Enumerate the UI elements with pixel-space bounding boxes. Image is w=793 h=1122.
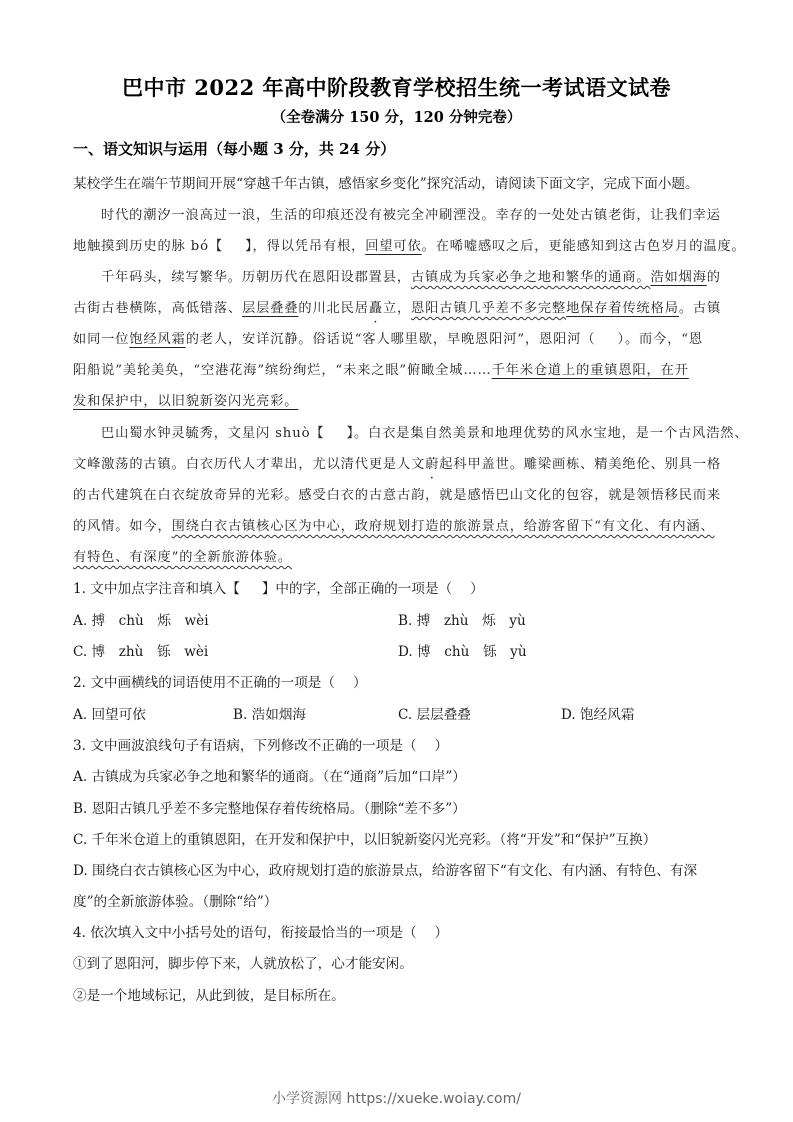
question-3-option-b: B. 恩阳古镇几乎差不多完整地保存着传统格局。（删除“差不多”） — [73, 797, 466, 817]
passage-p3-line3: 的古代建筑在白衣绽放奇异的光彩。感受白衣的古意古韵，就是感悟巴山文化的包容，就是… — [73, 484, 723, 503]
text-segment: 1. 文中加点字注音和填入【 — [73, 581, 240, 597]
intro-text: 某校学生在端午节期间开展“穿越千年古镇，感悟家乡变化”探究活动，请阅读下面文字，… — [73, 172, 723, 192]
underlined-phrase: 地保存着传统格局 — [566, 301, 679, 316]
question-3-option-d-cont: 度”的全新旅游体验。（删除“给”） — [73, 890, 277, 910]
question-3-option-c: C. 千年米仓道上的重镇恩阳，在开发和保护中，以旧貌新姿闪光亮彩。（将“开发”和… — [73, 828, 656, 848]
question-1-stem: 1. 文中加点字注音和填入【】中的字，全部正确的一项是（） — [73, 577, 723, 597]
underlined-sentence: 发和保护中，以旧貌新姿闪光亮彩。 — [73, 394, 298, 409]
question-2-option-a: A. 回望可依 — [73, 703, 146, 723]
passage-p1-line2: 地触摸到历史的脉 bó【】，得以凭吊有根，回望可依。在唏嘘感叹之后，更能感知到这… — [73, 235, 723, 254]
text-segment: ） — [435, 738, 449, 754]
text-segment: 。在唏嘘感叹之后，更能感知到这古色岁月的温度。 — [422, 239, 746, 254]
text-segment: 的老人，安详沉静。俗话说“客人哪里歇，早晚恩阳河”，恩阳河（ — [186, 332, 596, 347]
question-1-option-d: D. 博 chù 铄 yù — [398, 640, 527, 660]
text-segment: 4. 依次填入文中小括号处的语句，衔接最恰当的一项是（ — [73, 925, 417, 941]
question-2-option-b: B. 浩如烟海 — [233, 703, 306, 723]
dotted-character: 矗 — [369, 301, 383, 316]
exam-page: 巴中市 2022 年高中阶段教育学校招生统一考试语文试卷 （全卷满分 150 分… — [0, 0, 793, 1122]
text-segment: 】，得以凭吊有根， — [245, 239, 365, 254]
text-segment: ） — [353, 675, 367, 691]
passage-p2-line2: 古街古巷横陈，高低错落、层层叠叠的川北民居矗立，恩阳古镇几乎差不多完整地保存着传… — [73, 297, 723, 316]
text-segment: 起科甲盖世。雕梁画栋、精美绝伦、别具一格 — [439, 457, 721, 472]
underlined-phrase: 浩如烟海 — [650, 270, 706, 285]
section-heading: 一、语文知识与运用（每小题 3 分，共 24 分） — [73, 138, 395, 159]
passage-p3-line1: 巴山蜀水钟灵毓秀，文星闪 shuò【】。白衣是集自然美景和地理优势的风水宝地，是… — [101, 422, 751, 441]
question-3-stem: 3. 文中画波浪线句子有语病，下列修改不正确的一项是（） — [73, 734, 723, 754]
passage-p3-line5: 有特色、有深度”的全新旅游体验。 — [73, 546, 723, 565]
passage-p1-line1: 时代的潮汐一浪高过一浪，生活的印痕还没有被完全冲刷湮没。幸存的一处处古镇老街，让… — [101, 204, 751, 223]
question-1-option-b: B. 搏 zhù 烁 yù — [398, 609, 526, 629]
underlined-phrase: 回望可依 — [365, 239, 421, 254]
text-segment: 地触摸到历史的脉 bó【 — [73, 239, 223, 254]
passage-p2-line5: 发和保护中，以旧貌新姿闪光亮彩。 — [73, 390, 723, 409]
wavy-underlined-sentence: 古镇成为兵家必争之地和繁华的通商。 — [411, 270, 651, 285]
question-2-stem: 2. 文中画横线的词语使用不正确的一项是（） — [73, 671, 723, 691]
text-segment: 文峰激荡的古镇。白衣历代人才辈出，尤以清代更是人文 — [73, 457, 425, 472]
passage-p2-line1: 千年码头，续写繁华。历朝历代在恩阳设郡置县，古镇成为兵家必争之地和繁华的通商。浩… — [101, 266, 751, 285]
question-1-option-c: C. 博 zhù 铄 wèi — [73, 640, 208, 660]
question-4-stem: 4. 依次填入文中小括号处的语句，衔接最恰当的一项是（） — [73, 921, 723, 941]
question-3-option-d: D. 围绕白衣古镇核心区为中心，政府规划打造的旅游景点，给游客留下“有文化、有内… — [73, 859, 697, 879]
text-segment: 的 — [707, 270, 721, 285]
question-4-item-1: ①到了恩阳河，脚步停下来，人就放松了，心才能安闲。 — [73, 952, 413, 972]
question-3-option-a: A. 古镇成为兵家必争之地和繁华的通商。（在“通商”后加“口岸”） — [73, 765, 466, 785]
text-segment: 阳船说”美轮美奂，“空港花海”缤纷绚烂，“未来之眼”俯瞰全城…… — [73, 363, 492, 378]
dotted-character: 蔚 — [425, 457, 439, 472]
question-2-option-d: D. 饱经风霜 — [561, 703, 634, 723]
exam-subtitle: （全卷满分 150 分，120 分钟完卷） — [0, 106, 793, 127]
question-1-option-a: A. 搏 chù 烁 wèi — [73, 609, 209, 629]
text-segment: 巴山蜀水钟灵毓秀，文星闪 shuò【 — [101, 426, 325, 441]
underlined-sentence: 千年米仓道上的重镇恩阳，在开 — [492, 363, 689, 378]
text-segment: 。古镇 — [679, 301, 721, 316]
underlined-phrase: 饱经风霜 — [129, 332, 185, 347]
text-segment: 古街古巷横陈，高低错落、 — [73, 301, 242, 316]
question-2-option-c: C. 层层叠叠 — [398, 703, 471, 723]
text-segment: 千年码头，续写繁华。历朝历代在恩阳设郡置县， — [101, 270, 411, 285]
watermark-footer: 小学资源网 https://xueke.woiay.com/ — [0, 1088, 793, 1108]
wavy-underlined-sentence: 有特色、有深度”的全新旅游体验。 — [73, 550, 292, 565]
text-segment: 的川北民居 — [298, 301, 368, 316]
wavy-underlined-sentence: 恩阳古镇几乎差不多完整 — [411, 301, 566, 316]
passage-p3-line2: 文峰激荡的古镇。白衣历代人才辈出，尤以清代更是人文蔚起科甲盖世。雕梁画栋、精美绝… — [73, 453, 723, 472]
passage-p2-line3: 如同一位饱经风霜的老人，安详沉静。俗话说“客人哪里歇，早晚恩阳河”，恩阳河（）。… — [73, 328, 723, 347]
passage-p3-line4: 的风情。如今，围绕白衣古镇核心区为中心，政府规划打造的旅游景点，给游客留下“有文… — [73, 515, 723, 534]
question-4-item-2: ②是一个地域标记，从此到彼，是目标所在。 — [73, 984, 345, 1004]
text-segment: 】。白衣是集自然美景和地理优势的风水宝地，是一个古风浩然、 — [347, 426, 749, 441]
text-segment: 3. 文中画波浪线句子有语病，下列修改不正确的一项是（ — [73, 738, 417, 754]
page-title: 巴中市 2022 年高中阶段教育学校招生统一考试语文试卷 — [0, 72, 793, 102]
text-segment: ） — [470, 581, 484, 597]
text-segment: 】中的字，全部正确的一项是（ — [262, 581, 452, 597]
text-segment: ）。而今，“恩 — [617, 332, 703, 347]
text-segment: 的风情。如今， — [73, 519, 172, 534]
underlined-phrase: 层层叠叠 — [242, 301, 298, 316]
passage-p2-line4: 阳船说”美轮美奂，“空港花海”缤纷绚烂，“未来之眼”俯瞰全城……千年米仓道上的重… — [73, 359, 723, 378]
text-segment: 如同一位 — [73, 332, 129, 347]
text-segment: 立， — [383, 301, 411, 316]
text-segment: ） — [435, 925, 449, 941]
text-segment: 2. 文中画横线的词语使用不正确的一项是（ — [73, 675, 335, 691]
wavy-underlined-sentence: 围绕白衣古镇核心区为中心，政府规划打造的旅游景点，给游客留下“有文化、有内涵、 — [172, 519, 715, 534]
